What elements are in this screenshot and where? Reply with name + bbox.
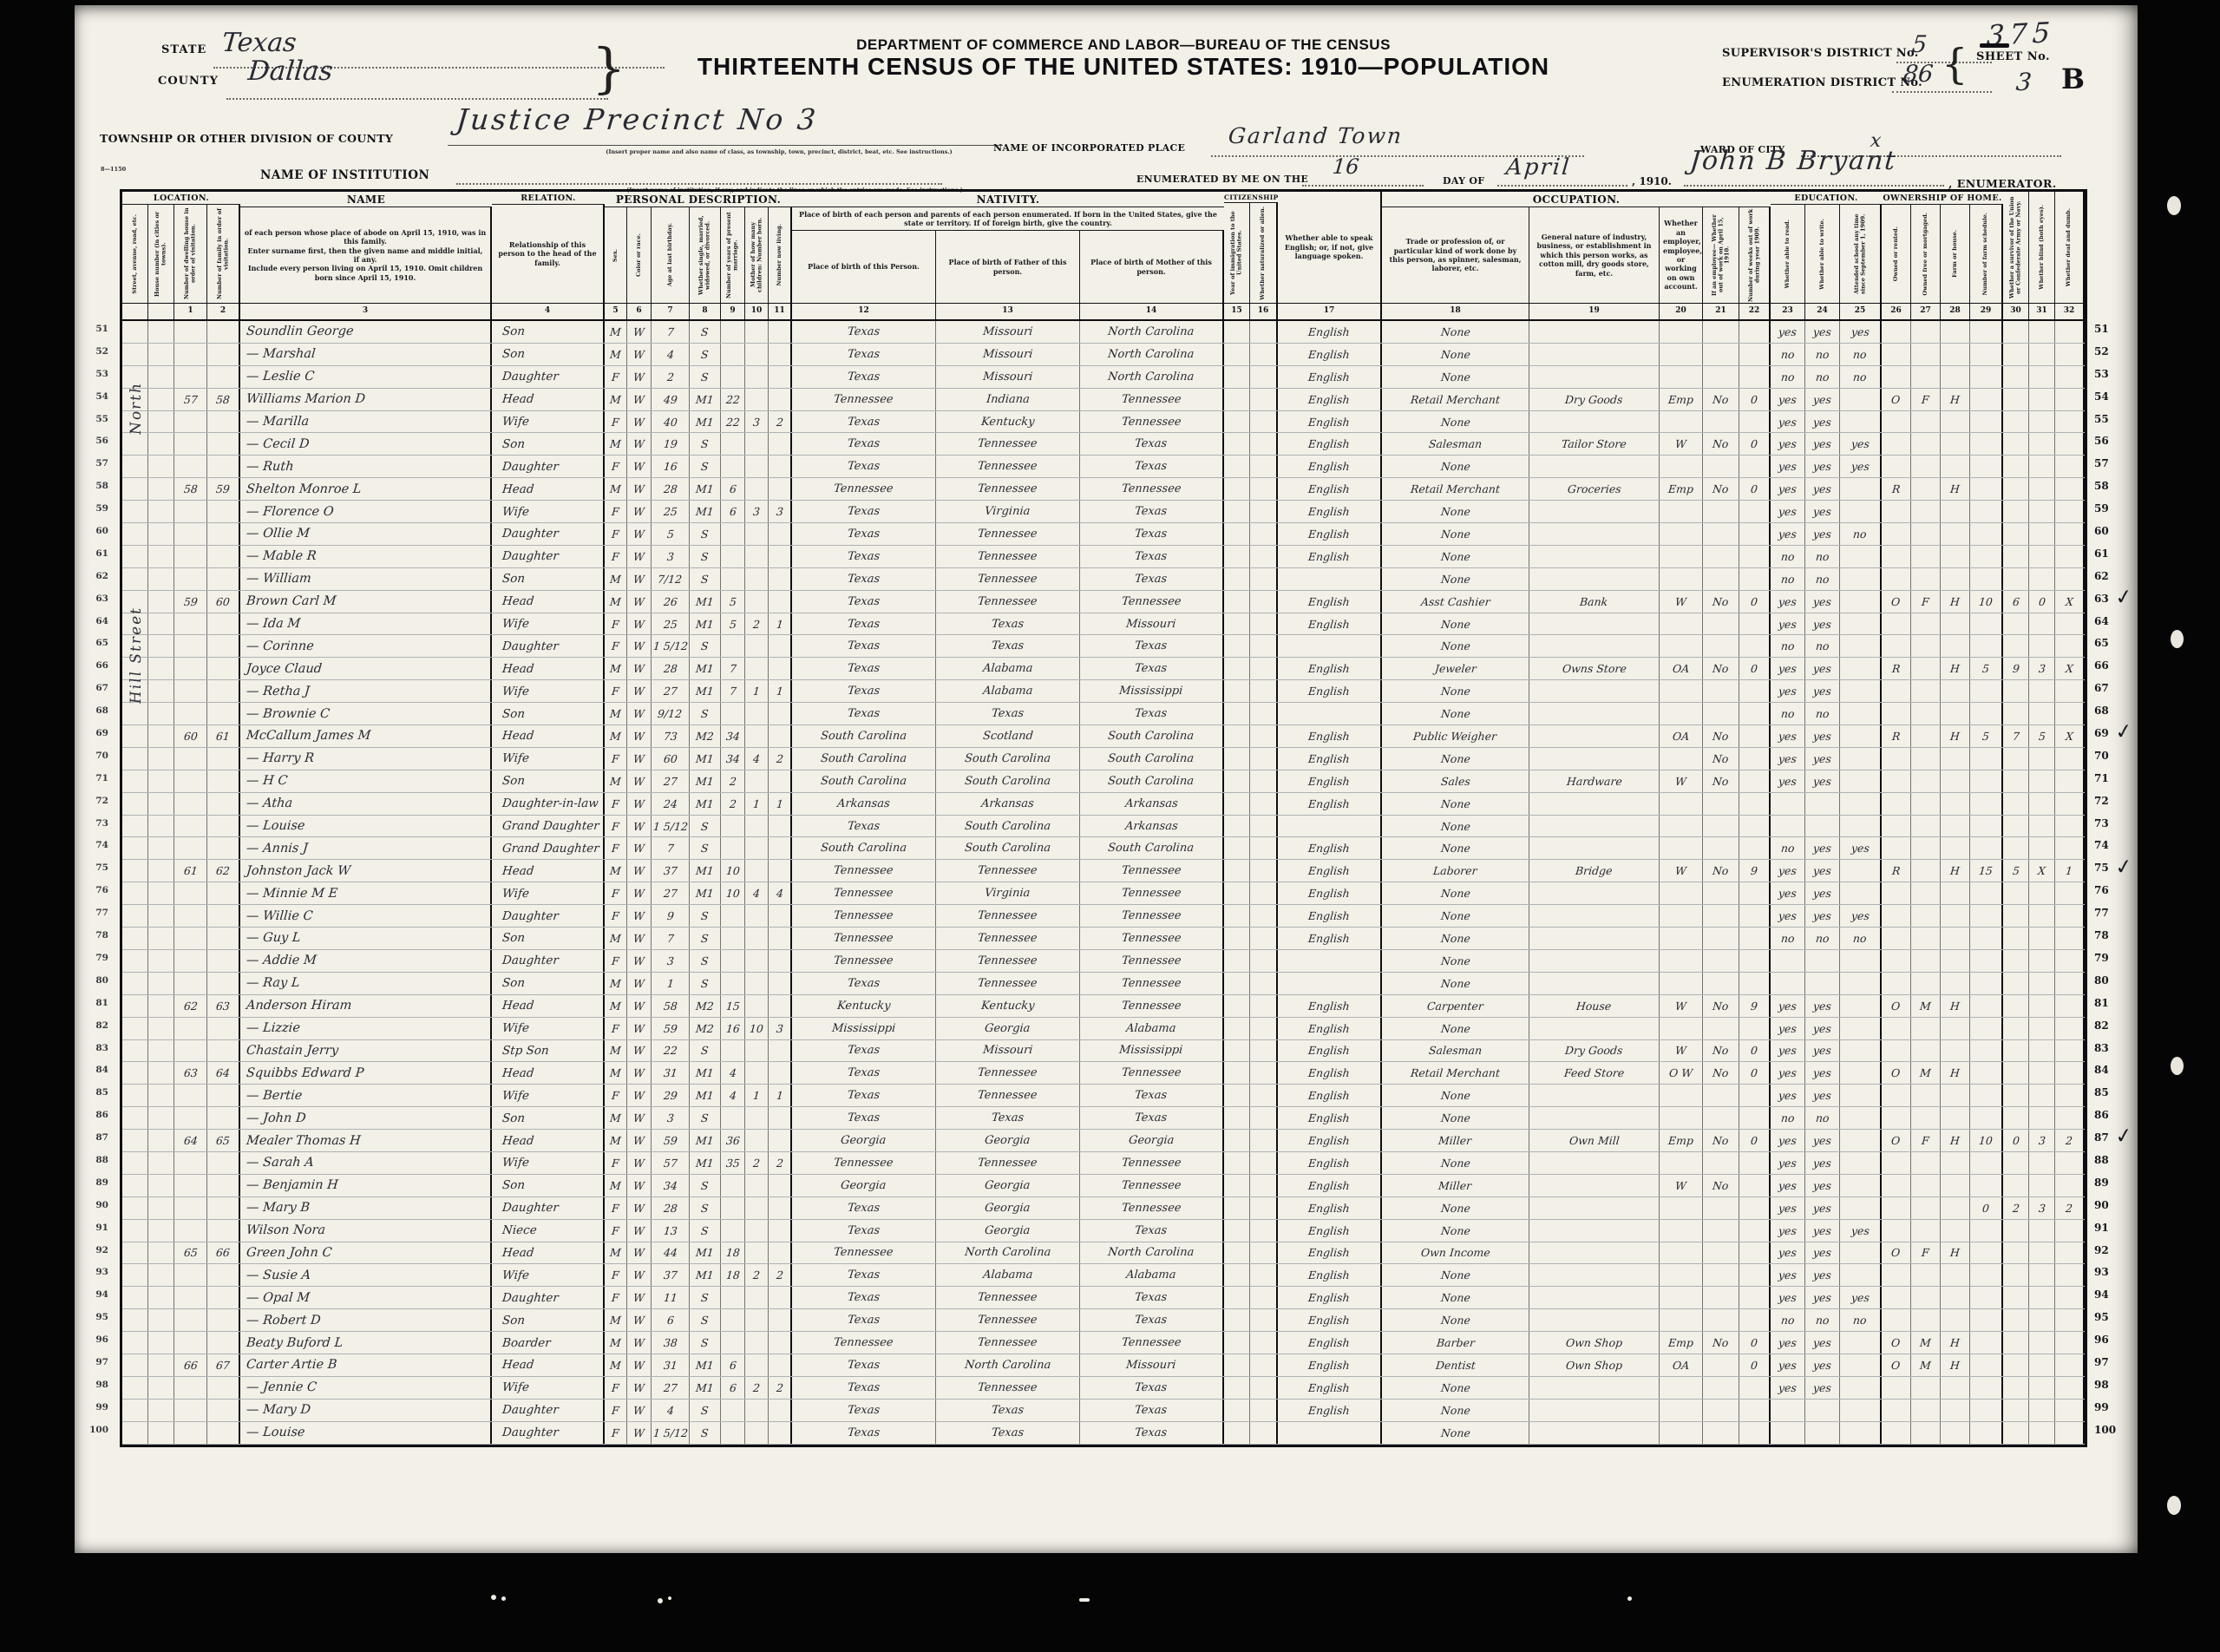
cell-pobm: South Carolina <box>1080 837 1224 859</box>
cell-read: yes <box>1771 389 1805 410</box>
cell-emp <box>1660 1085 1703 1106</box>
column-header-text: Year of immigration to the United States… <box>1230 203 1243 303</box>
cell-relation: Wife <box>492 1018 605 1039</box>
table-row: — Ray LSonMW1STexasTennesseeTennesseeNon… <box>122 973 2085 995</box>
cell-value: 9 <box>2012 662 2020 675</box>
cell-imm <box>1224 905 1250 927</box>
cell-value: M <box>609 730 621 743</box>
cell-lang: English <box>1278 411 1382 433</box>
cell-imm <box>1224 950 1250 972</box>
cell-value: Texas <box>847 1404 880 1417</box>
cell-dwelling <box>174 816 207 837</box>
column-number: 27 <box>1911 304 1941 319</box>
column-header-text: Attended school any time since September… <box>1854 205 1867 303</box>
cell-color: W <box>627 658 652 679</box>
cell-own <box>1882 1422 1911 1444</box>
cell-value: 73 <box>663 730 678 743</box>
header-group: Whether a survivor of the Union or Confe… <box>2003 192 2085 303</box>
cell-value: None <box>1440 707 1470 720</box>
cell-oow <box>1703 882 1739 904</box>
cell-write: yes <box>1805 770 1840 792</box>
cell-value: S <box>701 325 710 338</box>
cell-age: 28 <box>652 658 690 679</box>
column-header-text: Number now living. <box>776 223 783 287</box>
column-header-pobf: Place of birth of Father of this person. <box>936 231 1080 303</box>
cell-nat <box>1250 433 1278 455</box>
cell-value: None <box>1440 820 1470 833</box>
cell-value: 6 <box>729 1381 737 1394</box>
column-header-text: Place of birth of Mother of this person. <box>1080 256 1222 278</box>
cell-oow: No <box>1703 433 1739 455</box>
column-header-house: House number (in cities or towns). <box>148 205 174 303</box>
cell-school <box>1840 1332 1882 1354</box>
cell-weeks <box>1739 1152 1771 1174</box>
cell-value: Texas <box>991 639 1024 652</box>
cell-nat <box>1250 1309 1278 1331</box>
cell-pobm: North Carolina <box>1080 344 1224 365</box>
column-number: 28 <box>1941 304 1970 319</box>
cell-fh <box>1941 837 1970 859</box>
cell-house <box>148 433 174 455</box>
cell-value: 0 <box>1750 1359 1758 1372</box>
cell-house <box>148 411 174 433</box>
cell-value: 7 <box>2012 730 2020 743</box>
cell-read: yes <box>1771 501 1805 522</box>
cell-years: 2 <box>721 793 745 815</box>
header-group: OCCUPATION.Trade or profession of, or pa… <box>1382 192 1771 303</box>
cell-write: yes <box>1805 411 1840 433</box>
cell-sex: M <box>605 770 627 792</box>
cell-write <box>1805 973 1840 994</box>
cell-c31 <box>2029 1040 2055 1062</box>
cell-c32 <box>2055 680 2085 702</box>
cell-value: No <box>1712 1336 1730 1349</box>
cell-value: M <box>1919 1359 1931 1372</box>
cell-weeks <box>1739 973 1771 994</box>
cell-pobm: Mississippi <box>1080 680 1224 702</box>
enumeration-district-value: 86 <box>1902 61 1935 88</box>
state-label: STATE <box>161 43 206 56</box>
cell-c31 <box>2029 456 2055 477</box>
column-header-cb: Mother of how many children: Number born… <box>745 207 769 303</box>
cell-sched <box>1970 1287 2003 1308</box>
group-title: EDUCATION. <box>1771 192 1882 205</box>
cell-cl <box>769 1354 792 1376</box>
cell-value: F <box>612 460 620 473</box>
cell-cl <box>769 478 792 500</box>
cell-ind <box>1529 366 1660 388</box>
cell-occ: Salesman <box>1382 1040 1529 1062</box>
cell-write: yes <box>1805 1018 1840 1039</box>
cell-c30 <box>2003 1264 2029 1286</box>
cell-years <box>721 1197 745 1219</box>
column-header-marital: Whether single, married, widowed, or div… <box>690 207 721 303</box>
cell-lang: English <box>1278 523 1382 545</box>
cell-imm <box>1224 1085 1250 1106</box>
cell-lang: English <box>1278 591 1382 613</box>
cell-c30 <box>2003 635 2029 657</box>
cell-c31: 3 <box>2029 658 2055 679</box>
cell-value: Carpenter <box>1426 1000 1483 1013</box>
cell-sched <box>1970 523 2003 545</box>
cell-value: Tailor Store <box>1561 437 1627 450</box>
cell-cb <box>745 905 769 927</box>
cell-age: 27 <box>652 882 690 904</box>
cell-value: Salesman <box>1428 1044 1482 1057</box>
cell-school <box>1840 1422 1882 1444</box>
cell-value: Tennessee <box>1121 1157 1182 1170</box>
cell-value: English <box>1308 842 1351 855</box>
cell-c32 <box>2055 366 2085 388</box>
cell-c31 <box>2029 928 2055 949</box>
cell-value: Tennessee <box>978 932 1038 945</box>
line-number-right: 55 <box>2091 409 2131 431</box>
cell-value: No <box>1712 1179 1730 1192</box>
cell-nat <box>1250 321 1278 343</box>
cell-oow <box>1703 1220 1739 1242</box>
cell-age: 7 <box>652 928 690 949</box>
cell-value: W <box>632 573 645 586</box>
line-number-right: 77 <box>2091 902 2131 925</box>
cell-value: — Leslie C <box>246 370 315 383</box>
line-number-left: 93 <box>82 1262 116 1284</box>
cell-value: Head <box>501 1134 534 1148</box>
cell-school: yes <box>1840 837 1882 859</box>
cell-pobm: Texas <box>1080 1377 1224 1399</box>
header-group: PERSONAL DESCRIPTION.Sex.Color or race.A… <box>605 192 792 303</box>
cell-nat <box>1250 344 1278 365</box>
cell-sex: M <box>605 1175 627 1196</box>
cell-mort <box>1911 344 1941 365</box>
cell-age: 2 <box>652 366 690 388</box>
column-header-text: Whether able to read. <box>1785 219 1791 290</box>
column-header-text: Owned free or mortgaged. <box>1922 212 1929 297</box>
cell-value: H <box>1949 662 1960 675</box>
cell-value: yes <box>1812 1179 1831 1192</box>
cell-street <box>122 995 148 1017</box>
cell-value: yes <box>1812 1202 1831 1215</box>
cell-oow <box>1703 793 1739 815</box>
cell-color: W <box>627 501 652 522</box>
cell-value: — Marshal <box>246 347 316 361</box>
cell-c32: 2 <box>2055 1197 2085 1219</box>
table-row: 5960Brown Carl MHeadMW26M15TexasTennesse… <box>122 591 2085 613</box>
cell-sched <box>1970 1332 2003 1354</box>
cell-age: 28 <box>652 1197 690 1219</box>
cell-emp <box>1660 523 1703 545</box>
cell-value: Tennessee <box>978 1291 1038 1304</box>
cell-read: no <box>1771 568 1805 590</box>
cell-imm <box>1224 389 1250 410</box>
cell-pob: Arkansas <box>792 793 936 815</box>
cell-value: Daughter <box>501 370 559 383</box>
cell-oow <box>1703 1152 1739 1174</box>
cell-lang: English <box>1278 1220 1382 1242</box>
cell-fh <box>1941 882 1970 904</box>
cell-value: Tennessee <box>978 437 1038 450</box>
cell-c30 <box>2003 1287 2029 1308</box>
cell-lang: English <box>1278 882 1382 904</box>
cell-pob: Texas <box>792 433 936 455</box>
cell-value: no <box>1780 639 1795 652</box>
cell-c30 <box>2003 837 2029 859</box>
cell-name: Anderson Hiram <box>240 995 492 1017</box>
cell-value: 1 <box>752 685 760 698</box>
cell-fh: H <box>1941 1130 1970 1151</box>
cell-pob: Texas <box>792 568 936 590</box>
cell-relation: Head <box>492 591 605 613</box>
cell-write: yes <box>1805 389 1840 410</box>
cell-family: 61 <box>207 725 240 747</box>
cell-lang: English <box>1278 501 1382 522</box>
cell-house <box>148 658 174 679</box>
cell-c31 <box>2029 1220 2055 1242</box>
cell-imm <box>1224 411 1250 433</box>
line-number-right: 53 <box>2091 364 2131 386</box>
cell-value: Tennessee <box>978 528 1038 541</box>
cell-value: Texas <box>1135 1291 1168 1304</box>
cell-color: W <box>627 344 652 365</box>
cell-own <box>1882 905 1911 927</box>
cell-c32 <box>2055 568 2085 590</box>
cell-nat <box>1250 703 1278 724</box>
cell-marital: S <box>690 837 721 859</box>
cell-own: R <box>1882 658 1911 679</box>
cell-occ: None <box>1382 366 1529 388</box>
enumeration-day-value: 16 <box>1332 154 1360 179</box>
cell-relation: Head <box>492 478 605 500</box>
cell-value: W <box>632 482 645 495</box>
cell-value: Head <box>501 864 534 878</box>
cell-pobf: Georgia <box>936 1220 1080 1242</box>
cell-value: Texas <box>847 528 880 541</box>
column-header-text: Farm or house. <box>1952 229 1958 279</box>
cell-dwelling: 57 <box>174 389 207 410</box>
cell-c30 <box>2003 905 2029 927</box>
cell-years <box>721 1107 745 1129</box>
column-number <box>148 304 174 319</box>
cell-c30 <box>2003 770 2029 792</box>
cell-name: — Mable R <box>240 546 492 567</box>
cell-family <box>207 546 240 567</box>
cell-c30 <box>2003 793 2029 815</box>
cell-cb <box>745 658 769 679</box>
cell-value: M <box>609 1134 621 1147</box>
cell-mort: M <box>1911 995 1941 1017</box>
cell-sched <box>1970 1085 2003 1106</box>
line-number-left: 60 <box>82 521 116 543</box>
cell-pobf: Alabama <box>936 1264 1080 1286</box>
cell-pobf: North Carolina <box>936 1354 1080 1376</box>
cell-value: 9 <box>1750 1000 1758 1013</box>
cell-street <box>122 905 148 927</box>
cell-relation: Head <box>492 995 605 1017</box>
cell-color: W <box>627 680 652 702</box>
cell-relation: Head <box>492 1242 605 1264</box>
cell-value: 2 <box>2012 1202 2020 1215</box>
cell-cl <box>769 1400 792 1421</box>
cell-value: 27 <box>663 887 678 900</box>
cell-ind <box>1529 321 1660 343</box>
cell-ind <box>1529 1107 1660 1129</box>
cell-sched <box>1970 1152 2003 1174</box>
cell-cl <box>769 1309 792 1331</box>
column-header-text: Relationship of this person to the head … <box>492 239 603 269</box>
cell-own: O <box>1882 1130 1911 1151</box>
cell-pobm: Texas <box>1080 703 1224 724</box>
cell-name: — Addie M <box>240 950 492 972</box>
cell-c31 <box>2029 1018 2055 1039</box>
year-label: , 1910. <box>1632 175 1672 187</box>
cell-value: Stp Son <box>501 1044 549 1058</box>
column-number-band: 1234567891011121314151617181920212223242… <box>122 303 2085 321</box>
cell-write: no <box>1805 366 1840 388</box>
cell-family <box>207 1175 240 1196</box>
cell-sched: 5 <box>1970 658 2003 679</box>
table-row: — LouiseGrand DaughterFW1 5/12STexasSout… <box>122 816 2085 838</box>
cell-value: W <box>632 752 645 765</box>
cell-name: Chastain Jerry <box>240 1040 492 1062</box>
cell-family <box>207 950 240 972</box>
cell-sex: F <box>605 1220 627 1242</box>
cell-family <box>207 973 240 994</box>
cell-name: Wilson Nora <box>240 1220 492 1242</box>
table-row: Wilson NoraNieceFW13STexasGeorgiaTexasEn… <box>122 1220 2085 1242</box>
cell-pob: Texas <box>792 613 936 635</box>
cell-value: 1 5/12 <box>652 639 688 652</box>
cell-read: no <box>1771 344 1805 365</box>
cell-c32 <box>2055 1332 2085 1354</box>
cell-name: Carter Artie B <box>240 1354 492 1376</box>
cell-lang: English <box>1278 1354 1382 1376</box>
cell-nat <box>1250 1242 1278 1264</box>
cell-mort <box>1911 860 1941 882</box>
cell-own <box>1882 501 1911 522</box>
cell-imm <box>1224 770 1250 792</box>
cell-value: S <box>701 820 710 833</box>
cell-emp <box>1660 501 1703 522</box>
cell-color: W <box>627 478 652 500</box>
cell-ind: Bank <box>1529 591 1660 613</box>
cell-sched <box>1970 995 2003 1017</box>
cell-name: — Minnie M E <box>240 882 492 904</box>
cell-fh: H <box>1941 995 1970 1017</box>
cell-cb <box>745 433 769 455</box>
column-number: 17 <box>1278 304 1382 319</box>
cell-value: Arkansas <box>1124 797 1178 810</box>
cell-ind: Own Shop <box>1529 1354 1660 1376</box>
cell-value: S <box>701 932 710 945</box>
cell-school: no <box>1840 928 1882 949</box>
cell-value: Alabama <box>1126 1268 1177 1282</box>
cell-fh <box>1941 568 1970 590</box>
cell-house <box>148 950 174 972</box>
cell-imm <box>1224 793 1250 815</box>
cell-value: H <box>1949 864 1960 877</box>
township-value: Justice Precinct No 3 <box>455 102 819 136</box>
cell-value: Son <box>501 707 525 721</box>
cell-lang: English <box>1278 433 1382 455</box>
cell-value: Son <box>501 1314 525 1327</box>
cell-family <box>207 1197 240 1219</box>
cell-relation: Son <box>492 433 605 455</box>
cell-value: Tennessee <box>1121 1179 1182 1192</box>
cell-value: English <box>1308 348 1351 361</box>
table-row: Beaty Buford LBoarderMW38STennesseeTenne… <box>122 1332 2085 1354</box>
cell-c31 <box>2029 1085 2055 1106</box>
cell-lang: English <box>1278 1107 1382 1129</box>
cell-c32 <box>2055 321 2085 343</box>
cell-years <box>721 950 745 972</box>
cell-value: W <box>632 820 645 833</box>
cell-sex: M <box>605 568 627 590</box>
cell-value: no <box>1780 1111 1795 1124</box>
cell-school <box>1840 568 1882 590</box>
cell-own <box>1882 703 1911 724</box>
cell-street <box>122 1175 148 1196</box>
table-row: — Benjamin HSonMW34SGeorgiaGeorgiaTennes… <box>122 1175 2085 1197</box>
cell-cl: 3 <box>769 1018 792 1039</box>
cell-c32 <box>2055 1354 2085 1376</box>
cell-color: W <box>627 1309 652 1331</box>
cell-years: 35 <box>721 1152 745 1174</box>
column-number: 12 <box>792 304 936 319</box>
cell-age: 31 <box>652 1062 690 1084</box>
table-row: 6263Anderson HiramHeadMW58M215KentuckyKe… <box>122 995 2085 1018</box>
line-number-right: 76 <box>2091 880 2131 902</box>
cell-imm <box>1224 1264 1250 1286</box>
cell-value: South Carolina <box>964 752 1051 765</box>
cell-emp <box>1660 1152 1703 1174</box>
cell-pob: Texas <box>792 658 936 679</box>
cell-value: S <box>701 1336 710 1349</box>
cell-value: Wife <box>501 505 529 519</box>
cell-value: 0 <box>1981 1202 1989 1215</box>
cell-value: S <box>701 460 710 473</box>
cell-emp <box>1660 1242 1703 1264</box>
cell-value: — Retha J <box>246 685 310 698</box>
cell-value: Wilson Nora <box>246 1223 325 1237</box>
column-number: 6 <box>627 304 652 319</box>
table-row: — LouiseDaughterFW1 5/12STexasTexasTexas… <box>122 1422 2085 1445</box>
punch-hole <box>2171 630 2184 648</box>
column-number: 1 <box>174 304 207 319</box>
cell-ind <box>1529 568 1660 590</box>
cell-sex: M <box>605 725 627 747</box>
cell-dwelling <box>174 1309 207 1331</box>
cell-c30: 9 <box>2003 658 2029 679</box>
line-number-left: 54 <box>82 386 116 409</box>
cell-emp <box>1660 1197 1703 1219</box>
table-row: — Opal MDaughterFW11STexasTennesseeTexas… <box>122 1287 2085 1309</box>
cell-family <box>207 456 240 477</box>
cell-lang: English <box>1278 456 1382 477</box>
cell-age: 29 <box>652 1085 690 1106</box>
cell-value: yes <box>1812 1022 1831 1035</box>
cell-imm <box>1224 1018 1250 1039</box>
cell-value: Own Shop <box>1565 1359 1622 1372</box>
cell-value: English <box>1308 1268 1351 1282</box>
group-columns: Trade or profession of, or particular ki… <box>1382 207 1771 303</box>
cell-value: 2 <box>776 416 783 429</box>
cell-pobf: Tennessee <box>936 478 1080 500</box>
cell-nat <box>1250 1175 1278 1196</box>
cell-pobm: Texas <box>1080 1107 1224 1129</box>
cell-value: English <box>1308 370 1351 383</box>
cell-dwelling <box>174 501 207 522</box>
cell-value: English <box>1308 460 1351 473</box>
cell-value: H <box>1949 1000 1960 1013</box>
